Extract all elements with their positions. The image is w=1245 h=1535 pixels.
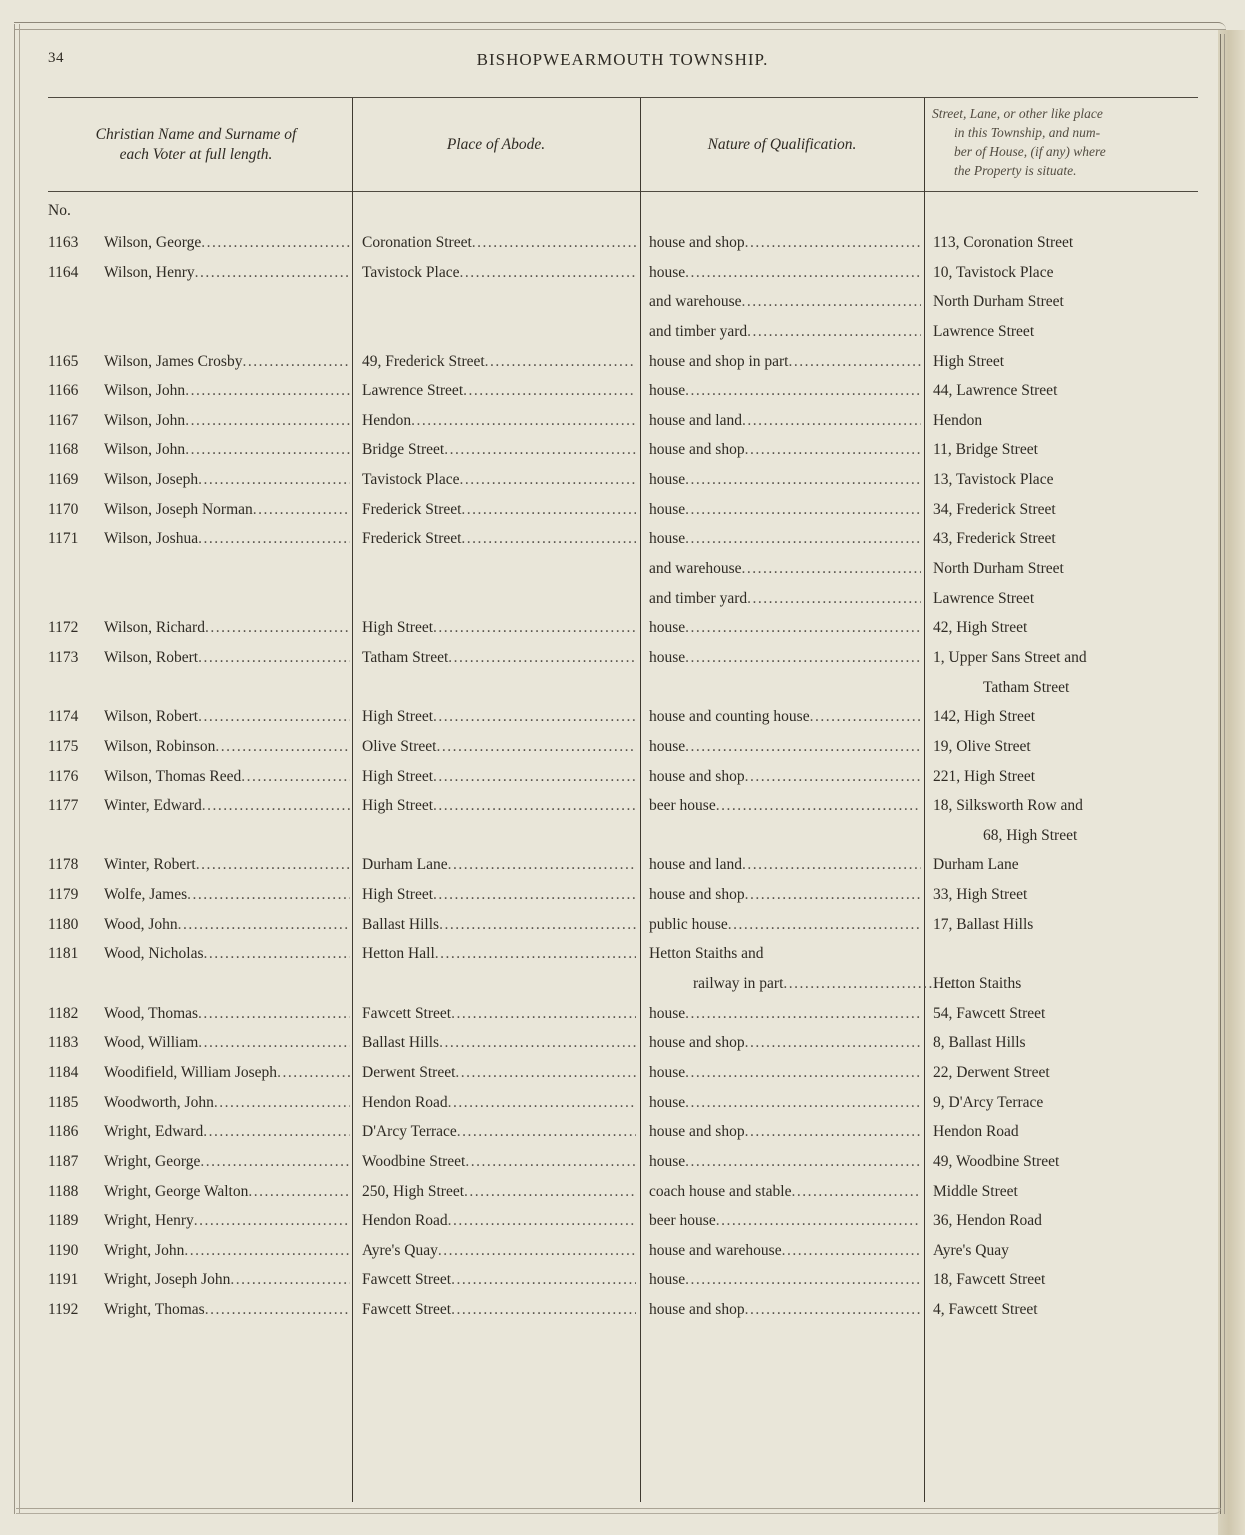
property-location: 42, High Street	[933, 613, 1203, 643]
voter-name: Wilson, Robinson	[104, 732, 350, 762]
property-location-text: 68, High Street	[983, 827, 1077, 844]
place-of-abode-text: Lawrence Street	[362, 376, 463, 406]
column-header-property-line1: Street, Lane, or other like place	[928, 104, 1206, 123]
dot-leader	[202, 791, 350, 821]
qualification-text: house	[649, 1265, 685, 1295]
place-of-abode: High Street	[362, 613, 636, 643]
place-of-abode-text: Frederick Street	[362, 495, 461, 525]
place-of-abode-text: Fawcett Street	[362, 1295, 451, 1325]
voter-row: 1169Wilson, JosephTavistock Placehouse13…	[0, 465, 1245, 495]
voter-name-text: Wood, Nicholas	[104, 939, 204, 969]
voter-number: 1183	[48, 1028, 104, 1058]
qualification-text: beer house	[649, 1206, 716, 1236]
qualification-text: house	[649, 732, 685, 762]
dot-leader	[782, 1236, 921, 1266]
voter-number-text: 1178	[48, 856, 78, 873]
dot-leader	[745, 1028, 921, 1058]
place-of-abode-text: Fawcett Street	[362, 1265, 451, 1295]
dot-leader	[433, 613, 636, 643]
property-location: Hendon Road	[933, 1117, 1203, 1147]
property-location-text: 49, Woodbine Street	[933, 1153, 1059, 1170]
dot-leader	[685, 524, 921, 554]
property-location-text: 4, Fawcett Street	[933, 1301, 1038, 1318]
voter-name-text: Wilson, Robinson	[104, 732, 215, 762]
property-location: 19, Olive Street	[933, 732, 1203, 762]
qualification: house and shop	[649, 228, 921, 258]
voter-row: 1186Wright, EdwardD'Arcy Terracehouse an…	[0, 1117, 1245, 1147]
property-location-text: 18, Silksworth Row and	[933, 797, 1083, 814]
property-location-text: North Durham Street	[933, 293, 1064, 310]
voter-name-text: Wilson, Robert	[104, 643, 198, 673]
property-location: 68, High Street	[933, 821, 1245, 851]
property-location: 17, Ballast Hills	[933, 910, 1203, 940]
voter-number: 1167	[48, 406, 104, 436]
place-of-abode: D'Arcy Terrace	[362, 1117, 636, 1147]
place-of-abode-text: High Street	[362, 880, 433, 910]
voter-number: 1176	[48, 762, 104, 792]
place-of-abode-text: Fawcett Street	[362, 999, 451, 1029]
column-header-abode: Place of Abode.	[352, 100, 640, 190]
qualification: public house	[649, 910, 921, 940]
voter-number: 1170	[48, 495, 104, 525]
dot-leader	[411, 406, 636, 436]
dot-leader	[241, 762, 350, 792]
place-of-abode-text: High Street	[362, 762, 433, 792]
dot-leader	[810, 702, 921, 732]
qualification-text: railway in part	[693, 969, 783, 999]
property-location: 44, Lawrence Street	[933, 376, 1203, 406]
property-location: Ayre's Quay	[933, 1236, 1203, 1266]
dot-leader	[184, 1236, 350, 1266]
place-of-abode-text: 49, Frederick Street	[362, 347, 485, 377]
voter-row: 1175Wilson, RobinsonOlive Streethouse19,…	[0, 732, 1245, 762]
dot-leader	[448, 643, 636, 673]
dot-leader	[685, 1088, 921, 1118]
dot-leader	[685, 643, 921, 673]
header-bottom-rule	[48, 191, 1198, 192]
dot-leader	[685, 1147, 921, 1177]
qualification-text: house and land	[649, 406, 742, 436]
voter-row: 1172Wilson, RichardHigh Streethouse42, H…	[0, 613, 1245, 643]
qualification-text: house	[649, 258, 685, 288]
voter-number-text: 1185	[48, 1094, 78, 1111]
voter-number-text: 1177	[48, 797, 78, 814]
property-location-text: 221, High Street	[933, 768, 1035, 785]
dot-leader	[685, 1265, 921, 1295]
property-location: High Street	[933, 347, 1203, 377]
voter-name: Wilson, Henry	[104, 258, 350, 288]
header-top-rule	[48, 97, 1198, 98]
voter-row: 1177Winter, EdwardHigh Streetbeer house1…	[0, 791, 1245, 821]
voter-name: Wolfe, James	[104, 880, 350, 910]
dot-leader	[745, 1295, 921, 1325]
voter-row-continuation: 68, High Street	[0, 821, 1245, 851]
place-of-abode: Fawcett Street	[362, 1295, 636, 1325]
voter-number-text: 1171	[48, 530, 78, 547]
column-header-name-line1: Christian Name and Surname of	[96, 125, 297, 145]
property-location-text: 44, Lawrence Street	[933, 382, 1057, 399]
voter-name: Woodworth, John	[104, 1088, 350, 1118]
voter-number: 1191	[48, 1265, 104, 1295]
property-location: Lawrence Street	[933, 317, 1203, 347]
dot-leader	[435, 939, 636, 969]
property-location-text: Lawrence Street	[933, 323, 1034, 340]
property-location: North Durham Street	[933, 554, 1203, 584]
voter-number-text: 1163	[48, 234, 78, 251]
qualification-text: Hetton Staiths and	[649, 945, 764, 962]
property-location-text: 8, Ballast Hills	[933, 1034, 1026, 1051]
voter-row: 1181Wood, NicholasHetton HallHetton Stai…	[0, 939, 1245, 969]
qualification: house and shop	[649, 1028, 921, 1058]
property-location: Tatham Street	[933, 673, 1245, 703]
voter-number-text: 1190	[48, 1242, 78, 1259]
qualification-text: house and shop	[649, 1295, 745, 1325]
property-location-text: 42, High Street	[933, 619, 1027, 636]
dot-leader	[457, 1117, 636, 1147]
qualification: coach house and stable	[649, 1177, 921, 1207]
voter-number-text: 1167	[48, 412, 78, 429]
place-of-abode: 49, Frederick Street	[362, 347, 636, 377]
qualification: house	[649, 1147, 921, 1177]
dot-leader	[745, 228, 921, 258]
qualification-text: house and shop	[649, 1117, 745, 1147]
voter-number: 1185	[48, 1088, 104, 1118]
place-of-abode: Frederick Street	[362, 495, 636, 525]
voter-name: Wright, Thomas	[104, 1295, 350, 1325]
property-location-text: Hendon Road	[933, 1123, 1019, 1140]
qualification: house	[649, 613, 921, 643]
voter-number-text: 1176	[48, 768, 78, 785]
dot-leader	[205, 613, 350, 643]
dot-leader	[685, 376, 921, 406]
qualification: house	[649, 524, 921, 554]
place-of-abode: Ballast Hills	[362, 1028, 636, 1058]
property-location: 22, Derwent Street	[933, 1058, 1203, 1088]
place-of-abode-text: Woodbine Street	[362, 1147, 465, 1177]
place-of-abode: Derwent Street	[362, 1058, 636, 1088]
property-location: 33, High Street	[933, 880, 1203, 910]
voter-name: Winter, Robert	[104, 850, 350, 880]
qualification-text: house	[649, 465, 685, 495]
voter-name: Wilson, George	[104, 228, 350, 258]
place-of-abode-text: Tavistock Place	[362, 258, 459, 288]
dot-leader	[438, 1236, 636, 1266]
dot-leader	[204, 939, 351, 969]
dot-leader	[459, 258, 636, 288]
place-of-abode-text: Hendon	[362, 406, 411, 436]
voter-number: 1190	[48, 1236, 104, 1266]
qualification-text: house	[649, 376, 685, 406]
property-location-text: 142, High Street	[933, 708, 1035, 725]
dot-leader	[685, 1058, 921, 1088]
dot-leader	[277, 1058, 350, 1088]
property-location-text: Middle Street	[933, 1183, 1018, 1200]
voter-name: Wood, Thomas	[104, 999, 350, 1029]
dot-leader	[485, 347, 636, 377]
voter-name-text: Wright, Henry	[104, 1206, 194, 1236]
property-location: Durham Lane	[933, 850, 1203, 880]
place-of-abode: Hendon Road	[362, 1206, 636, 1236]
dot-leader	[448, 1088, 636, 1118]
voter-name-text: Wood, William	[104, 1028, 198, 1058]
qualification: and timber yard	[649, 584, 921, 614]
place-of-abode: Fawcett Street	[362, 1265, 636, 1295]
place-of-abode-text: Derwent Street	[362, 1058, 455, 1088]
property-location-text: 11, Bridge Street	[933, 441, 1038, 458]
voter-number: 1175	[48, 732, 104, 762]
dot-leader	[685, 613, 921, 643]
voter-name-text: Wright, George Walton	[104, 1177, 248, 1207]
voter-number: 1186	[48, 1117, 104, 1147]
voter-row: 1180Wood, JohnBallast Hillspublic house1…	[0, 910, 1245, 940]
place-of-abode: Hendon Road	[362, 1088, 636, 1118]
voter-name-text: Winter, Edward	[104, 791, 202, 821]
place-of-abode-text: Bridge Street	[362, 435, 444, 465]
dot-leader	[433, 791, 636, 821]
place-of-abode: Woodbine Street	[362, 1147, 636, 1177]
voter-number: 1187	[48, 1147, 104, 1177]
qualification-text: house	[649, 999, 685, 1029]
voter-name-text: Wright, Thomas	[104, 1295, 205, 1325]
dot-leader	[214, 1088, 350, 1118]
voter-row: 1174Wilson, RobertHigh Streethouse and c…	[0, 702, 1245, 732]
qualification-text: house	[649, 643, 685, 673]
place-of-abode-text: Ayre's Quay	[362, 1236, 438, 1266]
voter-name-text: Wilson, Henry	[104, 258, 195, 288]
dot-leader	[461, 524, 636, 554]
voter-name: Wilson, Richard	[104, 613, 350, 643]
property-location: Lawrence Street	[933, 584, 1203, 614]
qualification: house	[649, 1058, 921, 1088]
place-of-abode-text: D'Arcy Terrace	[362, 1117, 457, 1147]
qualification: house and land	[649, 850, 921, 880]
property-location: 36, Hendon Road	[933, 1206, 1203, 1236]
qualification: house and counting house	[649, 702, 921, 732]
voter-name: Wilson, John	[104, 376, 350, 406]
dot-leader	[716, 1206, 921, 1236]
qualification: house and shop in part	[649, 347, 921, 377]
dot-leader	[185, 435, 350, 465]
place-of-abode: Hetton Hall	[362, 939, 636, 969]
qualification: house	[649, 1088, 921, 1118]
place-of-abode-text: Hendon Road	[362, 1088, 448, 1118]
voter-name: Winter, Edward	[104, 791, 350, 821]
voter-number-text: 1181	[48, 945, 78, 962]
dot-leader	[742, 554, 921, 584]
qualification: beer house	[649, 791, 921, 821]
voter-name-text: Wilson, George	[104, 228, 201, 258]
voter-number-text: 1174	[48, 708, 78, 725]
column-header-qualification: Nature of Qualification.	[640, 100, 924, 190]
voter-number-text: 1175	[48, 738, 78, 755]
dot-leader	[459, 465, 636, 495]
voter-number-text: 1173	[48, 649, 78, 666]
place-of-abode: Hendon	[362, 406, 636, 436]
property-location-text: 17, Ballast Hills	[933, 916, 1033, 933]
voter-row: 1173Wilson, RobertTatham Streethouse1, U…	[0, 643, 1245, 673]
property-location: 11, Bridge Street	[933, 435, 1203, 465]
voter-row: 1176Wilson, Thomas ReedHigh Streethouse …	[0, 762, 1245, 792]
property-location-text: Tatham Street	[983, 679, 1069, 696]
property-location-text: 34, Frederick Street	[933, 501, 1056, 518]
voter-number: 1178	[48, 850, 104, 880]
property-location-text: Lawrence Street	[933, 590, 1034, 607]
voter-name-text: Woodworth, John	[104, 1088, 214, 1118]
voter-name: Wilson, Joshua	[104, 524, 350, 554]
voter-row: 1182Wood, ThomasFawcett Streethouse54, F…	[0, 999, 1245, 1029]
voter-row: 1179Wolfe, JamesHigh Streethouse and sho…	[0, 880, 1245, 910]
voter-number: 1168	[48, 435, 104, 465]
voter-name-text: Wilson, James Crosby	[104, 347, 242, 377]
property-location: 18, Silksworth Row and	[933, 791, 1203, 821]
place-of-abode-text: Tavistock Place	[362, 465, 459, 495]
property-location: 113, Coronation Street	[933, 228, 1203, 258]
dot-leader	[451, 1265, 636, 1295]
voter-row: 1178Winter, RobertDurham Lanehouse and l…	[0, 850, 1245, 880]
qualification-text: house and counting house	[649, 702, 810, 732]
voter-name-text: Wood, Thomas	[104, 999, 198, 1029]
voter-row: 1187Wright, GeorgeWoodbine Streethouse49…	[0, 1147, 1245, 1177]
voter-number: 1165	[48, 347, 104, 377]
qualification: railway in part	[649, 969, 965, 999]
place-of-abode: Ayre's Quay	[362, 1236, 636, 1266]
voter-name: Wilson, Thomas Reed	[104, 762, 350, 792]
qualification: house and shop	[649, 1295, 921, 1325]
place-of-abode-text: Hendon Road	[362, 1206, 448, 1236]
dot-leader	[448, 1206, 636, 1236]
qualification: house and land	[649, 406, 921, 436]
dot-leader	[205, 1295, 350, 1325]
place-of-abode: Bridge Street	[362, 435, 636, 465]
dot-leader	[200, 1147, 350, 1177]
property-location: 18, Fawcett Street	[933, 1265, 1203, 1295]
qualification-text: and timber yard	[649, 317, 747, 347]
frame-bottom-border	[16, 1508, 1221, 1514]
property-location: 4, Fawcett Street	[933, 1295, 1203, 1325]
voter-name: Wright, Edward	[104, 1117, 350, 1147]
qualification: house and shop	[649, 435, 921, 465]
voter-number: 1164	[48, 258, 104, 288]
qualification-text: house and shop	[649, 1028, 745, 1058]
voter-number-text: 1169	[48, 471, 78, 488]
property-location-text: Hetton Staiths	[933, 975, 1021, 992]
dot-leader	[433, 880, 636, 910]
voter-row: 1165Wilson, James Crosby49, Frederick St…	[0, 347, 1245, 377]
voter-name-text: Winter, Robert	[104, 850, 196, 880]
qualification: Hetton Staiths and	[649, 939, 921, 969]
voter-row: 1167Wilson, JohnHendonhouse and landHend…	[0, 406, 1245, 436]
dot-leader	[198, 465, 350, 495]
dot-leader	[201, 228, 350, 258]
property-location-text: 18, Fawcett Street	[933, 1271, 1045, 1288]
place-of-abode-text: High Street	[362, 613, 433, 643]
voter-number-text: 1189	[48, 1212, 78, 1229]
qualification: house	[649, 999, 921, 1029]
qualification: house	[649, 376, 921, 406]
voter-number-text: 1172	[48, 619, 78, 636]
frame-top-border	[14, 22, 1226, 30]
voter-name: Wilson, Joseph Norman	[104, 495, 350, 525]
voter-row: 1183Wood, WilliamBallast Hillshouse and …	[0, 1028, 1245, 1058]
dot-leader	[685, 732, 921, 762]
property-location-text: 54, Fawcett Street	[933, 1005, 1045, 1022]
voter-number: 1169	[48, 465, 104, 495]
dot-leader	[464, 1177, 636, 1207]
property-location-text: 10, Tavistock Place	[933, 264, 1053, 281]
qualification-text: coach house and stable	[649, 1177, 791, 1207]
property-location-text: 33, High Street	[933, 886, 1027, 903]
voter-row: 1188Wright, George Walton250, High Stree…	[0, 1177, 1245, 1207]
dot-leader	[465, 1147, 636, 1177]
qualification-text: public house	[649, 910, 728, 940]
qualification: house and shop	[649, 1117, 921, 1147]
qualification-text: beer house	[649, 791, 716, 821]
voter-number-text: 1186	[48, 1123, 78, 1140]
dot-leader	[439, 1028, 636, 1058]
qualification: and timber yard	[649, 317, 921, 347]
property-location-text: 13, Tavistock Place	[933, 471, 1053, 488]
qualification-text: house and shop	[649, 228, 745, 258]
voter-name-text: Woodifield, William Joseph	[104, 1058, 277, 1088]
voter-number-text: 1166	[48, 382, 78, 399]
place-of-abode: High Street	[362, 762, 636, 792]
property-location-text: 9, D'Arcy Terrace	[933, 1094, 1043, 1111]
place-of-abode-text: Frederick Street	[362, 524, 461, 554]
column-header-property-line3: ber of House, (if any) where	[928, 142, 1206, 161]
voter-number-text: 1192	[48, 1301, 78, 1318]
qualification-text: house	[649, 524, 685, 554]
dot-leader	[745, 762, 921, 792]
place-of-abode-text: High Street	[362, 702, 433, 732]
dot-leader	[196, 850, 350, 880]
voter-name: Woodifield, William Joseph	[104, 1058, 350, 1088]
dot-leader	[198, 702, 350, 732]
voter-name: Wilson, Robert	[104, 702, 350, 732]
voter-name-text: Wilson, Joshua	[104, 524, 198, 554]
qualification-text: house and shop	[649, 435, 745, 465]
property-location-text: 22, Derwent Street	[933, 1064, 1050, 1081]
voter-name: Wright, George	[104, 1147, 350, 1177]
dot-leader	[451, 999, 636, 1029]
dot-leader	[472, 228, 636, 258]
place-of-abode-text: Tatham Street	[362, 643, 448, 673]
voter-number: 1177	[48, 791, 104, 821]
property-location: 10, Tavistock Place	[933, 258, 1203, 288]
qualification-text: house and warehouse	[649, 1236, 782, 1266]
column-header-property-line2: in this Township, and num-	[928, 123, 1206, 142]
voter-number-text: 1168	[48, 441, 78, 458]
dot-leader	[444, 435, 636, 465]
qualification: house	[649, 1265, 921, 1295]
dot-leader	[203, 1117, 350, 1147]
voter-name-text: Wright, George	[104, 1147, 200, 1177]
dot-leader	[187, 880, 350, 910]
property-location-text: Ayre's Quay	[933, 1242, 1009, 1259]
place-of-abode: Fawcett Street	[362, 999, 636, 1029]
place-of-abode-text: Coronation Street	[362, 228, 472, 258]
dot-leader	[745, 435, 921, 465]
dot-leader	[194, 1206, 350, 1236]
voter-row-continuation: railway in partHetton Staiths	[0, 969, 1245, 999]
voter-name: Wright, John	[104, 1236, 350, 1266]
dot-leader	[436, 732, 636, 762]
column-header-name-line2: each Voter at full length.	[96, 145, 297, 165]
dot-leader	[742, 850, 921, 880]
property-location: 54, Fawcett Street	[933, 999, 1203, 1029]
place-of-abode: 250, High Street	[362, 1177, 636, 1207]
property-location: 49, Woodbine Street	[933, 1147, 1203, 1177]
voter-number: 1172	[48, 613, 104, 643]
